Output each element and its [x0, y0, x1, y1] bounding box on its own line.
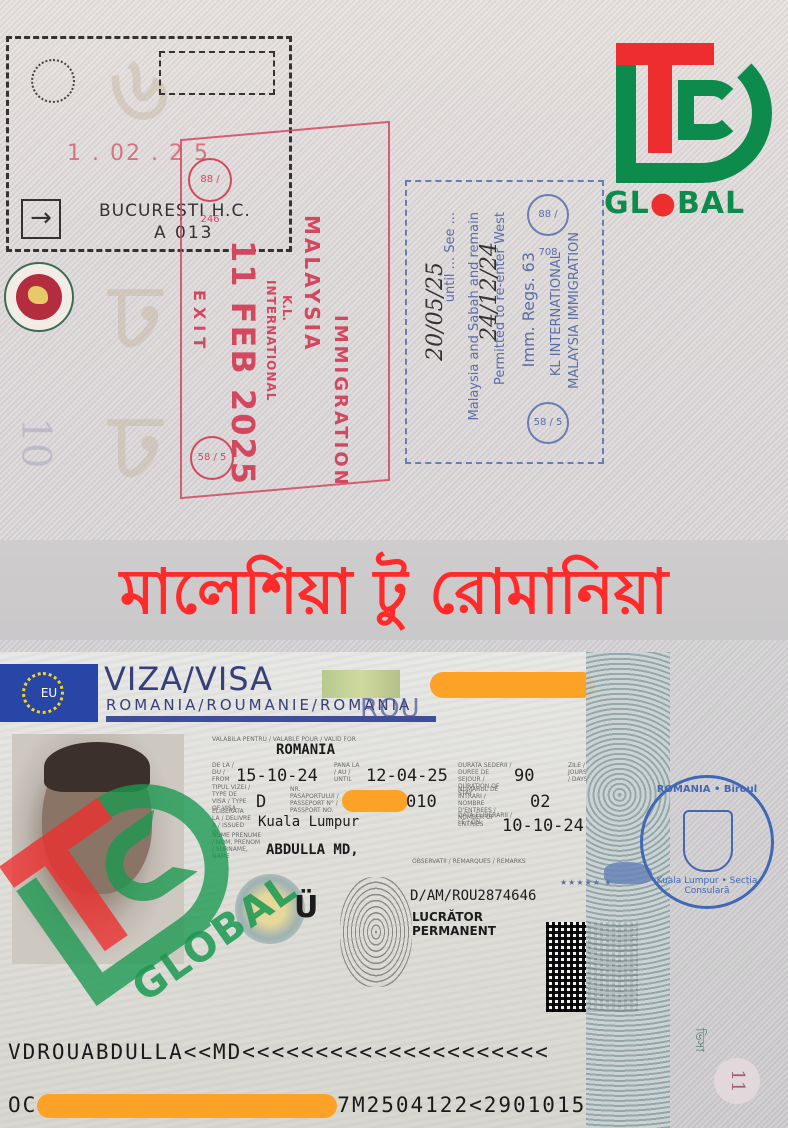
mrz-line-2: OC7M2504122<2901015 [8, 1093, 586, 1118]
remarks: LUCRĂTOR PERMANENT [412, 910, 496, 938]
field-label: OBSERVATII / REMARQUES / REMARKS [412, 858, 526, 865]
mrz-line-1: VDROUABDULLA<<MD<<<<<<<<<<<<<<<<<<<<< [8, 1040, 550, 1064]
eu-stars-icon [31, 59, 75, 103]
exit-stamp-malaysia: 88 / 246 EXIT 11 FEB 2025 INTERNATIONAL … [180, 130, 390, 490]
stamp-type: EXIT [190, 290, 209, 354]
field-label: ZILE / JOURS / DAYS [568, 762, 588, 783]
valid-for-value: ROMANIA [276, 742, 335, 758]
entry-pass-stamp-malaysia: 88 / 708 MALAYSIA IMMIGRATION KL INTERNA… [405, 180, 604, 464]
bangladesh-emblem-icon [4, 262, 74, 332]
stamp-circle: 58 / 5 [527, 402, 569, 444]
watermark-glyph: ঢ [110, 250, 161, 400]
passport-number-suffix: 010 [406, 792, 437, 812]
redaction [37, 1094, 337, 1118]
stamp-country: MALAYSIA [300, 215, 324, 353]
issued-on-value: 10-10-24 [502, 816, 584, 836]
watermark-glyph: ঢ [110, 380, 161, 530]
stamp-line: Imm. Regs. 63 [519, 252, 538, 367]
visa-type-value: D [256, 792, 266, 812]
stamp-authority: IMMIGRATION [330, 315, 351, 488]
headline: মালেশিয়া টু রোমানিয়া [0, 548, 788, 636]
duration-value: 90 [514, 766, 534, 786]
arrow-right-icon: → [21, 199, 61, 239]
holder-name: ABDULLA MD, [266, 842, 359, 858]
airplane-icon [159, 51, 275, 95]
page-side-label: ভিসা [688, 1028, 708, 1052]
field-label: NR. PASAPORTULUI / PASSEPORT N° / PASSPO… [290, 786, 340, 814]
stamp-header: MALAYSIA IMMIGRATION [567, 232, 582, 389]
logo-wordmark: GL●BAL [604, 186, 745, 221]
redaction [342, 790, 408, 812]
country-stamp: ROU [360, 694, 421, 724]
redaction [430, 672, 595, 698]
romania-coat-of-arms-icon [683, 810, 733, 872]
page-number: 11 [714, 1058, 760, 1104]
eu-stars-row: ★★★★★ ★ [560, 878, 613, 887]
consular-stamp: ROMANIA • Biroul Kuala Lumpur • Secția C… [640, 775, 774, 909]
stamp-circle: 58 / 5 [190, 436, 234, 480]
handwritten-date: 24/12/24 [477, 242, 502, 341]
stamp-authority: INTERNATIONAL [264, 280, 278, 401]
visa-title: VIZA/VISA [104, 660, 273, 698]
tdg-global-logo: GL●BAL [600, 40, 780, 220]
valid-from-value: 15-10-24 [236, 766, 318, 786]
fingerprint-pattern [340, 877, 412, 987]
eu-flag-icon: EU [0, 664, 98, 722]
stamp-authority: K.L. [280, 295, 294, 321]
entries-value: 02 [530, 792, 550, 812]
stamp-circle: 88 / 708 [527, 194, 569, 236]
field-label: PANA LA / AU / UNTIL [334, 762, 360, 783]
page-number: 10 [12, 418, 58, 469]
stamp-subheader: KL INTERNATIONAL [549, 252, 564, 376]
stamp-circle: 88 / 246 [188, 158, 232, 202]
visa-number: D/AM/ROU2874646 [410, 888, 536, 904]
valid-until-value: 12-04-25 [366, 766, 448, 786]
issued-in-value: Kuala Lumpur [258, 814, 359, 830]
handwritten-date: 20/05/25 [423, 262, 448, 361]
